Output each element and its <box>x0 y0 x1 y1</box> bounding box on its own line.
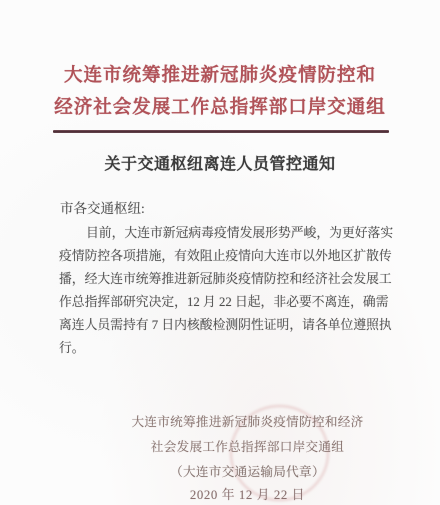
issuing-org-letterhead: 大连市统筹推进新冠肺炎疫情防控和 经济社会发展工作总指挥部口岸交通组 <box>0 60 440 124</box>
body-line: 离连人员需持有 7 日内核酸检测阴性证明，请各单位遵照执 <box>59 314 379 337</box>
letterhead-line-1: 大连市统筹推进新冠肺炎疫情防控和 <box>0 60 440 92</box>
body-line: 播，经大连市统筹推进新冠肺炎疫情防控和经济社会发展工 <box>59 268 379 291</box>
letterhead-line-2: 经济社会发展工作总指挥部口岸交通组 <box>0 92 440 124</box>
signature-date: 2020 年 12 月 22 日 <box>100 489 395 502</box>
letterhead-divider-line <box>53 130 389 133</box>
document-page: 大连市统筹推进新冠肺炎疫情防控和 经济社会发展工作总指挥部口岸交通组 关于交通枢… <box>0 0 440 505</box>
salutation: 市各交通枢纽: <box>60 197 145 217</box>
document-title: 关于交通枢纽离连人员管控通知 <box>0 151 440 174</box>
body-line: 疫情防控各项措施，有效阻止疫情向大连市以外地区扩散传 <box>59 245 379 268</box>
document-body: 目前，大连市新冠病毒疫情发展形势严峻，为更好落实 疫情防控各项措施，有效阻止疫情… <box>59 222 379 360</box>
signature-org-line-2: 社会发展工作总指挥部口岸交通组 <box>100 441 395 454</box>
body-line: 行。 <box>59 337 379 360</box>
signature-stamp-note: （大连市交通运输局代章） <box>100 466 395 479</box>
body-line: 目前，大连市新冠病毒疫情发展形势严峻，为更好落实 <box>59 222 379 245</box>
signature-org-line-1: 大连市统筹推进新冠肺炎疫情防控和经济 <box>100 416 395 429</box>
body-line: 作总指挥部研究决定，12 月 22 日起，非必要不离连，确需 <box>59 291 379 314</box>
signature-block: 大连市统筹推进新冠肺炎疫情防控和经济 社会发展工作总指挥部口岸交通组 （大连市交… <box>100 416 395 502</box>
